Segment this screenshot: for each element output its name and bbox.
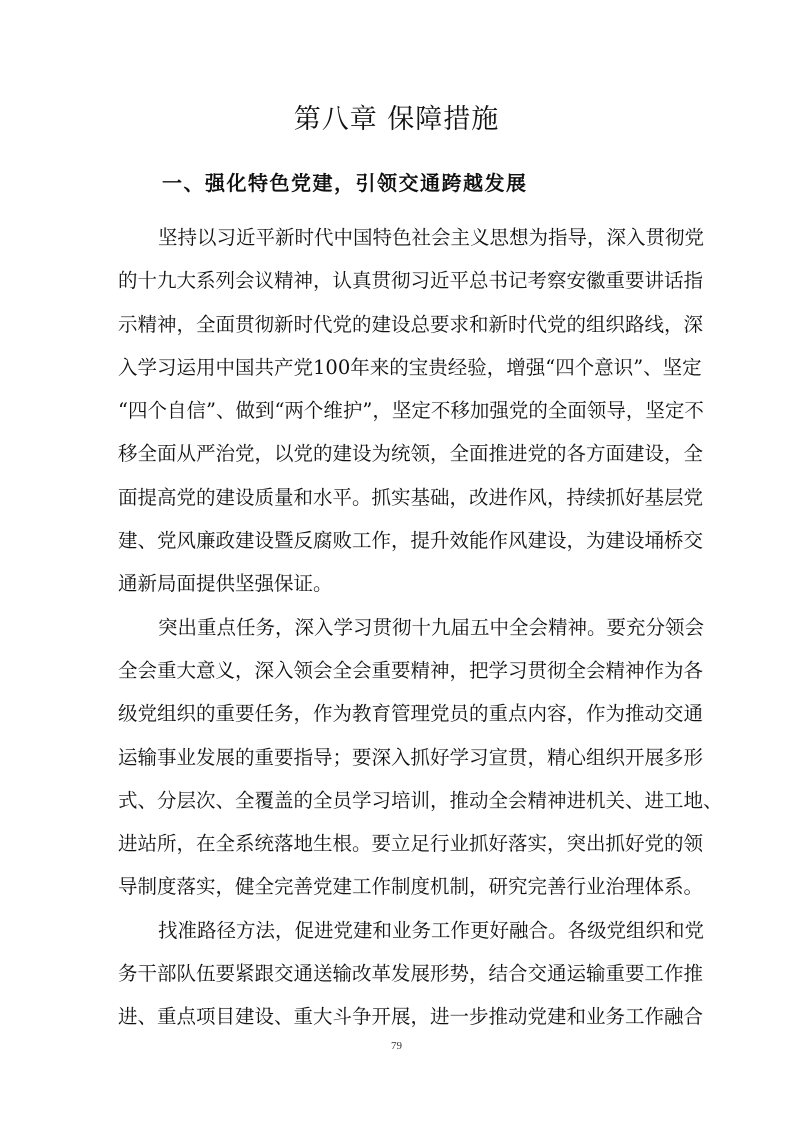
paragraph-line: 通新局面提供坚强保证。 — [118, 562, 678, 605]
page-number: 79 — [0, 1040, 793, 1052]
paragraph-line: 的十九大系列会议精神，认真贯彻习近平总书记考察安徽重要讲话指 — [118, 259, 678, 302]
paragraph-line: 运输事业发展的重要指导；要深入抓好学习宣贯，精心组织开展多形 — [118, 736, 678, 779]
paragraph-1: 坚持以习近平新时代中国特色社会主义思想为指导，深入贯彻党 的十九大系列会议精神，… — [118, 216, 678, 606]
paragraph-line: 进站所，在全系统落地生根。要立足行业抓好落实，突出抓好党的领 — [118, 822, 678, 865]
paragraph-line: 进、重点项目建设、重大斗争开展，进一步推动党建和业务工作融合 — [118, 995, 678, 1038]
paragraph-line: 找准路径方法，促进党建和业务工作更好融合。各级党组织和党 — [118, 909, 678, 952]
paragraph-line: 移全面从严治党，以党的建设为统领，全面推进党的各方面建设，全 — [118, 432, 678, 475]
paragraph-line: 导制度落实，健全完善党建工作制度机制，研究完善行业治理体系。 — [118, 865, 678, 908]
paragraph-line: 式、分层次、全覆盖的全员学习培训，推动全会精神进机关、进工地、 — [118, 779, 678, 822]
paragraph-2: 突出重点任务，深入学习贯彻十九届五中全会精神。要充分领会 全会重大意义，深入领会… — [118, 606, 678, 909]
section-heading: 一、强化特色党建，引领交通跨越发展 — [162, 166, 528, 200]
paragraph-line: 突出重点任务，深入学习贯彻十九届五中全会精神。要充分领会 — [118, 606, 678, 649]
paragraph-line: “四个自信”、做到“两个维护”，坚定不移加强党的全面领导，坚定不 — [118, 389, 678, 432]
paragraph-line: 入学习运用中国共产党100年来的宝贵经验，增强“四个意识”、坚定 — [118, 346, 678, 389]
paragraph-line: 全会重大意义，深入领会全会重要精神，把学习贯彻全会精神作为各 — [118, 649, 678, 692]
paragraph-line: 面提高党的建设质量和水平。抓实基础，改进作风，持续抓好基层党 — [118, 476, 678, 519]
paragraph-3: 找准路径方法，促进党建和业务工作更好融合。各级党组织和党 务干部队伍要紧跟交通送… — [118, 909, 678, 1039]
paragraph-line: 级党组织的重要任务，作为教育管理党员的重点内容，作为推动交通 — [118, 692, 678, 735]
chapter-title: 第八章 保障措施 — [0, 100, 793, 140]
body-text: 坚持以习近平新时代中国特色社会主义思想为指导，深入贯彻党 的十九大系列会议精神，… — [118, 216, 678, 1039]
document-page: 第八章 保障措施 一、强化特色党建，引领交通跨越发展 坚持以习近平新时代中国特色… — [0, 0, 793, 1122]
paragraph-line: 示精神，全面贯彻新时代党的建设总要求和新时代党的组织路线，深 — [118, 303, 678, 346]
paragraph-line: 务干部队伍要紧跟交通送输改革发展形势，结合交通运输重要工作推 — [118, 952, 678, 995]
paragraph-line: 建、党风廉政建设暨反腐败工作，提升效能作风建设，为建设埇桥交 — [118, 519, 678, 562]
paragraph-line: 坚持以习近平新时代中国特色社会主义思想为指导，深入贯彻党 — [118, 216, 678, 259]
